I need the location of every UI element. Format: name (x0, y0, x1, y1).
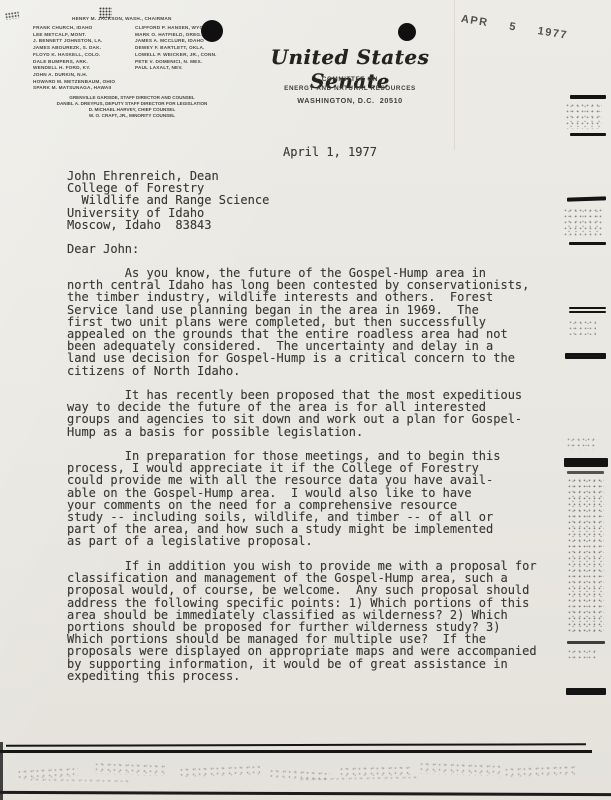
letter-paragraph: It has recently been proposed that the m… (67, 389, 522, 438)
chairman-line: HENRY M. JACKSON, WASH., CHAIRMAN (72, 16, 172, 21)
senator-name: LOWELL P. WEICKER, JR., CONN. (135, 52, 217, 59)
scan-artifact-smudge (569, 320, 596, 335)
senator-name: FRANK CHURCH, IDAHO (33, 25, 115, 32)
scan-artifact-bar (569, 307, 606, 309)
scan-artifact-bar (564, 458, 608, 467)
senator-name: HOWARD M. METZENBAUM, OHIO (33, 79, 115, 86)
senator-name: J. BENNETT JOHNSTON, LA. (33, 38, 115, 45)
washington-address-line: WASHINGTON, D.C. 20510 (248, 96, 452, 105)
bottom-rule-top (6, 743, 586, 747)
received-date-stamp: APR 5 1977 (460, 13, 569, 42)
scan-artifact-bar (565, 353, 606, 359)
senator-name: FLOYD K. HASKELL, COLO. (33, 52, 115, 59)
pencil-scribble (300, 775, 420, 783)
hole-punch-dot (398, 23, 416, 41)
pencil-scribble (420, 762, 500, 777)
letter-paragraph: As you know, the future of the Gospel-Hu… (67, 267, 529, 377)
senator-name: JAMES ABOUREZK, S. DAK. (33, 45, 115, 52)
scan-artifact-smudge (567, 437, 597, 450)
scan-artifact-bar (567, 196, 606, 201)
paper-crease-line (454, 0, 455, 150)
senator-name: DALE BUMPERS, ARK. (33, 59, 115, 66)
salutation: Dear John: (67, 243, 139, 255)
letter-paragraph: If in addition you wish to provide me wi… (67, 560, 537, 682)
recipient-address-block: John Ehrenreich, Dean College of Forestr… (67, 170, 269, 231)
scan-artifact-bar (567, 641, 605, 644)
pencil-scribble (505, 765, 577, 779)
scanned-letter-page: HENRY M. JACKSON, WASH., CHAIRMAN FRANK … (0, 0, 611, 800)
senator-name: WENDELL H. FORD, KY. (33, 65, 115, 72)
scan-artifact-smudge (568, 649, 596, 660)
pencil-corner-mark (5, 11, 20, 20)
senator-name: PAUL LAXALT, NEV. (135, 65, 217, 72)
letter-date: April 1, 1977 (283, 146, 377, 158)
pencil-scribble (180, 765, 260, 778)
scan-artifact-smudge (564, 208, 602, 236)
scan-artifact-bar (569, 311, 606, 313)
scan-artifact-bar (570, 95, 606, 99)
pencil-scribble (30, 777, 130, 785)
senator-name: JOHN A. DURKIN, N.H. (33, 72, 115, 79)
letter-paragraph: In preparation for those meetings, and t… (67, 450, 500, 548)
senators-left-column: FRANK CHURCH, IDAHO LEE METCALF, MONT. J… (33, 25, 115, 92)
bottom-rule-bottom (0, 750, 592, 753)
committee-line-1: COMMITTEE ON (248, 76, 452, 83)
scan-artifact-bar (566, 688, 606, 695)
staff-directors-block: GRENVILLE GARSIDE, STAFF DIRECTOR AND CO… (26, 95, 238, 119)
scan-artifact-smudge (566, 103, 602, 129)
pencil-scribble (95, 762, 165, 776)
scan-artifact-bar (569, 242, 606, 245)
scan-artifact-bar (570, 133, 606, 136)
staff-name: W. O. CRAFT, JR., MINORITY COUNSEL (26, 113, 238, 119)
staff-name: DANIEL A. DREYFUS, DEPUTY STAFF DIRECTOR… (26, 101, 238, 107)
senator-name: LEE METCALF, MONT. (33, 32, 115, 39)
senator-name: SPARK M. MATSUNAGA, HAWAII (33, 85, 115, 92)
scan-artifact-bar (567, 471, 604, 474)
committee-line-2: ENERGY AND NATURAL RESOURCES (248, 85, 452, 92)
scan-artifact-smudge (568, 478, 604, 633)
senator-name: PETE V. DOMENICI, N. MEX. (135, 59, 217, 66)
bottom-scan-edge (0, 791, 611, 796)
hole-punch-dot (201, 20, 223, 42)
senator-name: DEWEY F. BARTLETT, OKLA. (135, 45, 217, 52)
